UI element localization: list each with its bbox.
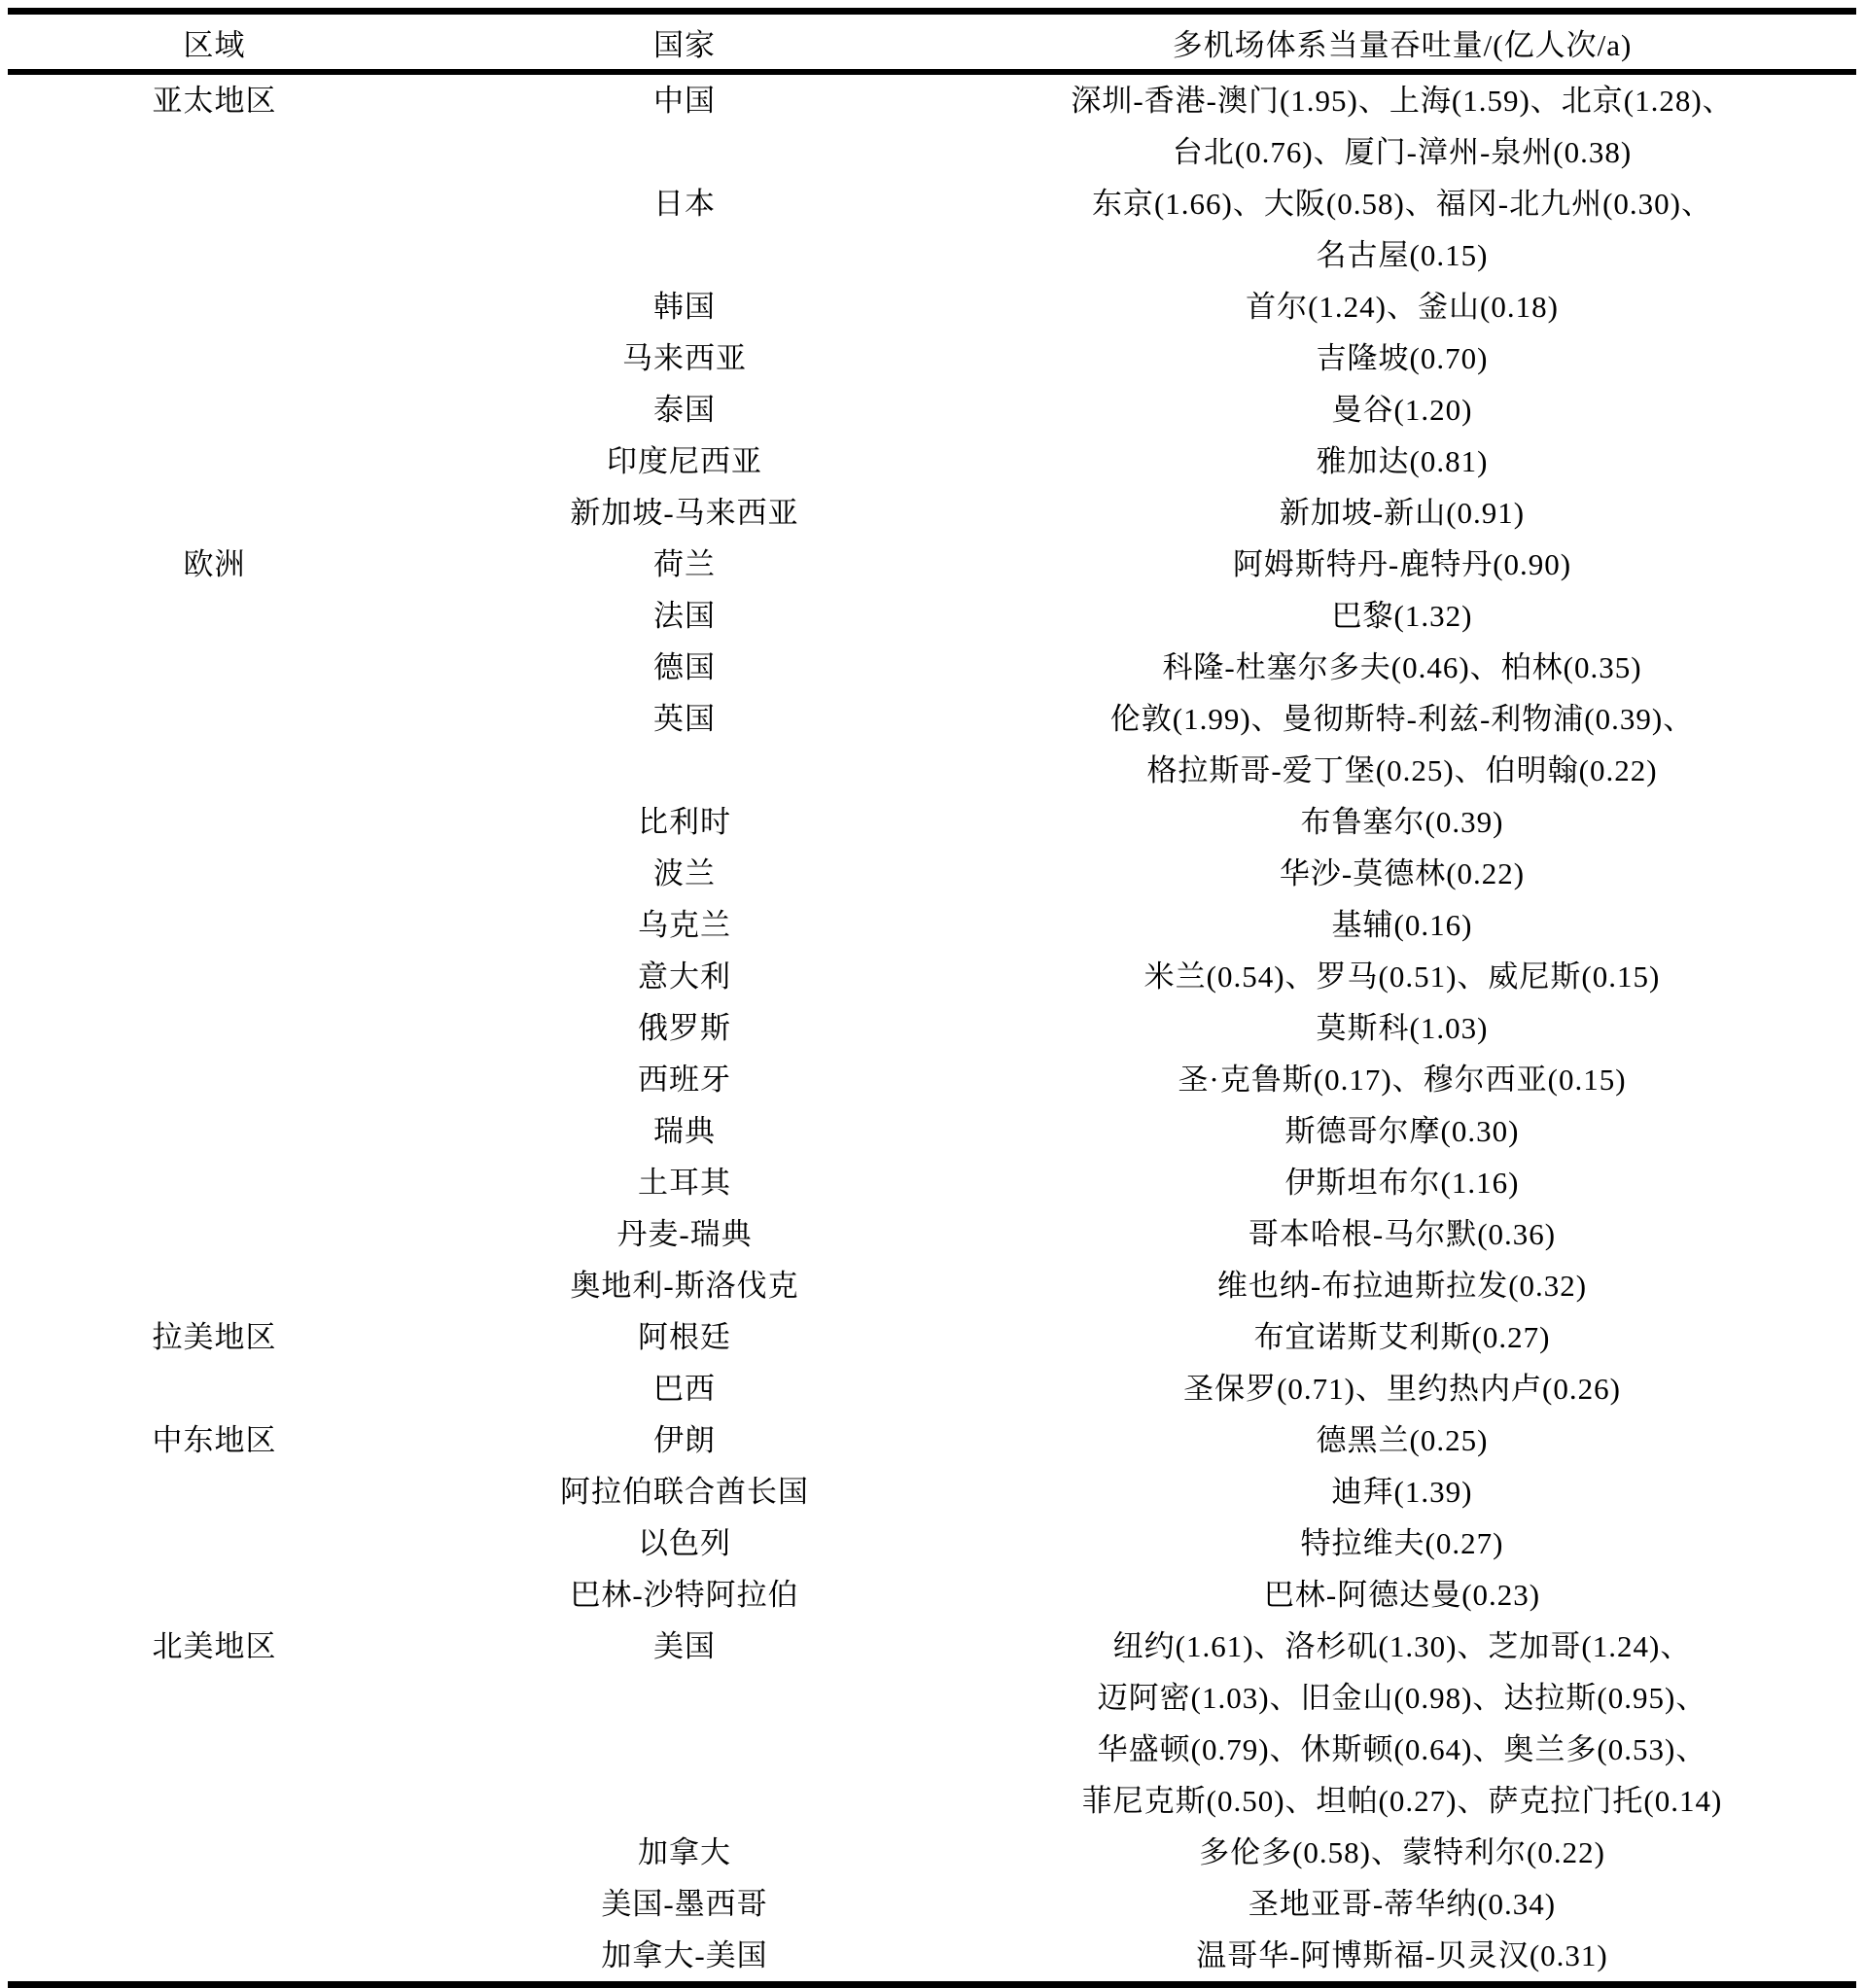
- table-row: 中东地区伊朗德黑兰(0.25): [8, 1414, 1856, 1466]
- throughput-line: 伊斯坦布尔(1.16): [1285, 1166, 1520, 1200]
- region-cell: 中东地区: [8, 1414, 421, 1621]
- throughput-cell: 伦敦(1.99)、曼彻斯特-利兹-利物浦(0.39)、格拉斯哥-爱丁堡(0.25…: [948, 693, 1856, 796]
- table-row: 亚太地区中国深圳-香港-澳门(1.95)、上海(1.59)、北京(1.28)、台…: [8, 72, 1856, 178]
- throughput-cell: 布宜诺斯艾利斯(0.27): [948, 1311, 1856, 1363]
- throughput-line: 迪拜(1.39): [1332, 1475, 1473, 1509]
- country-cell: 中国: [421, 72, 948, 178]
- throughput-cell: 巴黎(1.32): [948, 590, 1856, 642]
- throughput-cell: 布鲁塞尔(0.39): [948, 796, 1856, 848]
- throughput-line: 吉隆坡(0.70): [1317, 341, 1489, 375]
- throughput-line: 东京(1.66)、大阪(0.58)、福冈-北九州(0.30)、: [1092, 187, 1712, 221]
- throughput-line: 哥本哈根-马尔默(0.36): [1249, 1217, 1556, 1251]
- throughput-cell: 新加坡-新山(0.91): [948, 487, 1856, 539]
- country-cell: 马来西亚: [421, 332, 948, 384]
- throughput-line: 巴林-阿德达曼(0.23): [1264, 1578, 1540, 1612]
- throughput-line: 温哥华-阿博斯福-贝灵汉(0.31): [1196, 1938, 1608, 1972]
- throughput-cell: 基辅(0.16): [948, 899, 1856, 951]
- throughput-line: 基辅(0.16): [1332, 908, 1473, 942]
- throughput-line: 迈阿密(1.03)、旧金山(0.98)、达拉斯(0.95)、: [1098, 1681, 1707, 1715]
- paper-table-page: 区域 国家 多机场体系当量吞吐量/(亿人次/a) 亚太地区中国深圳-香港-澳门(…: [0, 0, 1864, 1988]
- throughput-line: 德黑兰(0.25): [1317, 1423, 1489, 1457]
- throughput-cell: 哥本哈根-马尔默(0.36): [948, 1208, 1856, 1260]
- throughput-line: 台北(0.76)、厦门-漳州-泉州(0.38): [1173, 135, 1632, 169]
- country-cell: 加拿大-美国: [421, 1930, 948, 1985]
- country-cell: 伊朗: [421, 1414, 948, 1466]
- country-cell: 荷兰: [421, 539, 948, 590]
- throughput-line: 曼谷(1.20): [1332, 393, 1473, 427]
- throughput-line: 巴黎(1.32): [1332, 599, 1473, 633]
- throughput-cell: 曼谷(1.20): [948, 384, 1856, 436]
- country-cell: 丹麦-瑞典: [421, 1208, 948, 1260]
- throughput-cell: 斯德哥尔摩(0.30): [948, 1105, 1856, 1157]
- region-cell: 亚太地区: [8, 72, 421, 539]
- throughput-line: 布宜诺斯艾利斯(0.27): [1254, 1320, 1551, 1354]
- throughput-cell: 纽约(1.61)、洛杉矶(1.30)、芝加哥(1.24)、迈阿密(1.03)、旧…: [948, 1621, 1856, 1827]
- throughput-cell: 阿姆斯特丹-鹿特丹(0.90): [948, 539, 1856, 590]
- country-cell: 波兰: [421, 848, 948, 899]
- country-cell: 美国: [421, 1621, 948, 1827]
- throughput-cell: 雅加达(0.81): [948, 436, 1856, 487]
- region-cell: 欧洲: [8, 539, 421, 1311]
- country-cell: 巴林-沙特阿拉伯: [421, 1569, 948, 1621]
- throughput-cell: 圣·克鲁斯(0.17)、穆尔西亚(0.15): [948, 1054, 1856, 1105]
- country-cell: 奥地利-斯洛伐克: [421, 1260, 948, 1311]
- throughput-cell: 科隆-杜塞尔多夫(0.46)、柏林(0.35): [948, 642, 1856, 693]
- throughput-cell: 首尔(1.24)、釜山(0.18): [948, 281, 1856, 332]
- throughput-cell: 伊斯坦布尔(1.16): [948, 1157, 1856, 1208]
- throughput-line: 首尔(1.24)、釜山(0.18): [1246, 290, 1559, 324]
- throughput-line: 雅加达(0.81): [1317, 444, 1489, 478]
- throughput-cell: 华沙-莫德林(0.22): [948, 848, 1856, 899]
- country-cell: 阿拉伯联合酋长国: [421, 1466, 948, 1517]
- country-cell: 美国-墨西哥: [421, 1878, 948, 1930]
- country-cell: 韩国: [421, 281, 948, 332]
- throughput-line: 斯德哥尔摩(0.30): [1285, 1114, 1520, 1148]
- throughput-cell: 吉隆坡(0.70): [948, 332, 1856, 384]
- throughput-line: 圣地亚哥-蒂华纳(0.34): [1249, 1887, 1556, 1921]
- country-cell: 以色列: [421, 1517, 948, 1569]
- country-cell: 瑞典: [421, 1105, 948, 1157]
- throughput-cell: 巴林-阿德达曼(0.23): [948, 1569, 1856, 1621]
- country-cell: 印度尼西亚: [421, 436, 948, 487]
- throughput-cell: 维也纳-布拉迪斯拉发(0.32): [948, 1260, 1856, 1311]
- throughput-line: 伦敦(1.99)、曼彻斯特-利兹-利物浦(0.39)、: [1110, 702, 1694, 736]
- header-region: 区域: [8, 12, 421, 73]
- throughput-line: 阿姆斯特丹-鹿特丹(0.90): [1233, 547, 1571, 581]
- throughput-line: 多伦多(0.58)、蒙特利尔(0.22): [1199, 1835, 1605, 1869]
- throughput-cell: 莫斯科(1.03): [948, 1002, 1856, 1054]
- throughput-line: 圣·克鲁斯(0.17)、穆尔西亚(0.15): [1178, 1063, 1626, 1097]
- country-cell: 日本: [421, 178, 948, 281]
- country-cell: 土耳其: [421, 1157, 948, 1208]
- throughput-cell: 圣保罗(0.71)、里约热内卢(0.26): [948, 1363, 1856, 1414]
- throughput-line: 菲尼克斯(0.50)、坦帕(0.27)、萨克拉门托(0.14): [1082, 1784, 1723, 1818]
- country-cell: 新加坡-马来西亚: [421, 487, 948, 539]
- throughput-line: 深圳-香港-澳门(1.95)、上海(1.59)、北京(1.28)、: [1071, 84, 1733, 118]
- throughput-line: 圣保罗(0.71)、里约热内卢(0.26): [1183, 1372, 1621, 1406]
- throughput-line: 布鲁塞尔(0.39): [1301, 805, 1504, 839]
- table-row: 拉美地区阿根廷布宜诺斯艾利斯(0.27): [8, 1311, 1856, 1363]
- table-row: 北美地区美国纽约(1.61)、洛杉矶(1.30)、芝加哥(1.24)、迈阿密(1…: [8, 1621, 1856, 1827]
- country-cell: 加拿大: [421, 1827, 948, 1878]
- airport-throughput-table: 区域 国家 多机场体系当量吞吐量/(亿人次/a) 亚太地区中国深圳-香港-澳门(…: [8, 8, 1856, 1988]
- country-cell: 乌克兰: [421, 899, 948, 951]
- country-cell: 巴西: [421, 1363, 948, 1414]
- throughput-line: 华沙-莫德林(0.22): [1280, 856, 1525, 890]
- country-cell: 德国: [421, 642, 948, 693]
- country-cell: 意大利: [421, 951, 948, 1002]
- throughput-line: 米兰(0.54)、罗马(0.51)、威尼斯(0.15): [1144, 959, 1661, 994]
- region-cell: 北美地区: [8, 1621, 421, 1985]
- throughput-line: 名古屋(0.15): [1317, 238, 1489, 272]
- throughput-cell: 多伦多(0.58)、蒙特利尔(0.22): [948, 1827, 1856, 1878]
- header-throughput: 多机场体系当量吞吐量/(亿人次/a): [948, 12, 1856, 73]
- region-cell: 拉美地区: [8, 1311, 421, 1414]
- throughput-cell: 深圳-香港-澳门(1.95)、上海(1.59)、北京(1.28)、台北(0.76…: [948, 72, 1856, 178]
- throughput-cell: 德黑兰(0.25): [948, 1414, 1856, 1466]
- throughput-line: 维也纳-布拉迪斯拉发(0.32): [1217, 1269, 1587, 1303]
- country-cell: 比利时: [421, 796, 948, 848]
- country-cell: 阿根廷: [421, 1311, 948, 1363]
- throughput-cell: 圣地亚哥-蒂华纳(0.34): [948, 1878, 1856, 1930]
- country-cell: 法国: [421, 590, 948, 642]
- throughput-line: 莫斯科(1.03): [1317, 1011, 1489, 1045]
- throughput-line: 科隆-杜塞尔多夫(0.46)、柏林(0.35): [1162, 650, 1641, 684]
- throughput-line: 华盛顿(0.79)、休斯顿(0.64)、奥兰多(0.53)、: [1098, 1732, 1707, 1766]
- table-row: 欧洲荷兰阿姆斯特丹-鹿特丹(0.90): [8, 539, 1856, 590]
- country-cell: 英国: [421, 693, 948, 796]
- throughput-cell: 米兰(0.54)、罗马(0.51)、威尼斯(0.15): [948, 951, 1856, 1002]
- throughput-cell: 温哥华-阿博斯福-贝灵汉(0.31): [948, 1930, 1856, 1985]
- throughput-line: 特拉维夫(0.27): [1301, 1526, 1504, 1560]
- throughput-line: 新加坡-新山(0.91): [1280, 496, 1525, 530]
- throughput-cell: 特拉维夫(0.27): [948, 1517, 1856, 1569]
- country-cell: 俄罗斯: [421, 1002, 948, 1054]
- throughput-line: 纽约(1.61)、洛杉矶(1.30)、芝加哥(1.24)、: [1113, 1629, 1692, 1663]
- throughput-cell: 东京(1.66)、大阪(0.58)、福冈-北九州(0.30)、名古屋(0.15): [948, 178, 1856, 281]
- country-cell: 泰国: [421, 384, 948, 436]
- country-cell: 西班牙: [421, 1054, 948, 1105]
- throughput-cell: 迪拜(1.39): [948, 1466, 1856, 1517]
- header-row: 区域 国家 多机场体系当量吞吐量/(亿人次/a): [8, 12, 1856, 73]
- throughput-line: 格拉斯哥-爱丁堡(0.25)、伯明翰(0.22): [1146, 753, 1657, 787]
- header-country: 国家: [421, 12, 948, 73]
